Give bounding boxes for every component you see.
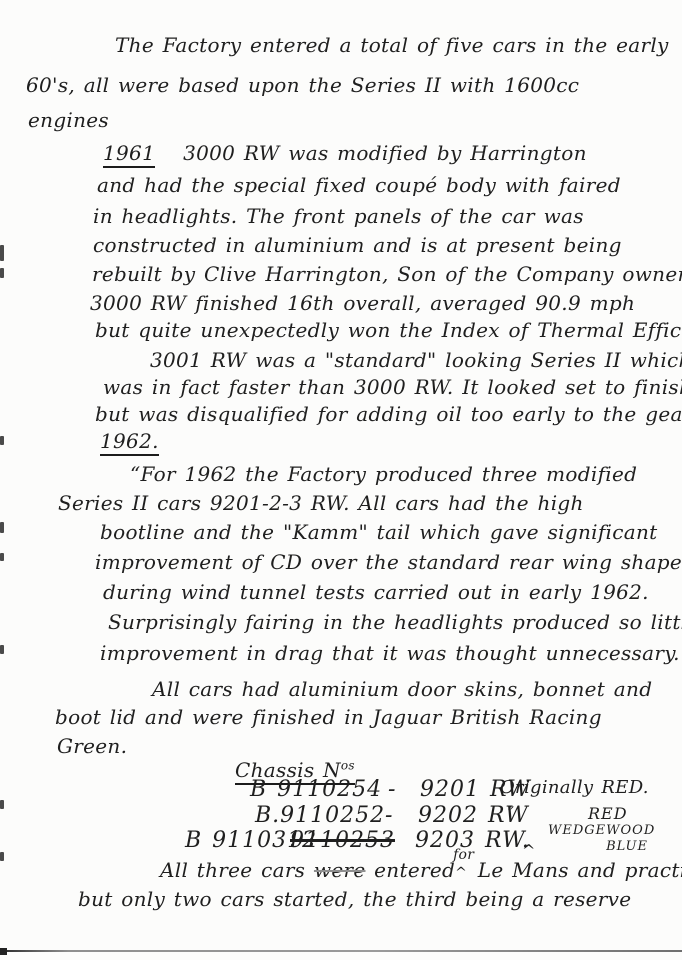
scan-edge-line [0, 950, 682, 952]
line-1961-5: rebuilt by Clive Harrington, Son of the … [92, 261, 682, 287]
line-intro-2: 60's, all were based upon the Series II … [26, 72, 579, 98]
lemans-struck-word: were [314, 858, 366, 882]
line-lemans: All three cars were enteredfor^ Le Mans … [160, 857, 682, 886]
year-1962-label: 1962. [100, 429, 159, 456]
chassis-row1-number: B 9110254 [250, 777, 382, 803]
line-1962-1: “For 1962 the Factory produced three mod… [130, 461, 637, 487]
scan-artifact [0, 268, 4, 278]
line-intro-3: engines [28, 107, 109, 133]
scan-artifact [0, 645, 4, 654]
line-1962-6: Surprisingly fairing in the headlights p… [108, 609, 682, 635]
line-alloy-2: boot lid and were finished in Jaguar Bri… [55, 704, 602, 730]
line-3001-2: was in fact faster than 3000 RW. It look… [103, 374, 682, 400]
chassis-row3-dash: - [383, 828, 391, 854]
chassis-row3-struck-number: 9110253 [290, 828, 395, 854]
line-alloy-1: All cars had aluminium door skins, bonne… [152, 676, 652, 702]
chassis-row1-dash: - [388, 777, 396, 803]
line-1962-heading: 1962. [100, 428, 159, 454]
scan-artifact [0, 553, 4, 561]
line-alloy-3: Green. [57, 733, 127, 759]
scan-artifact [0, 436, 4, 445]
chassis-heading-sup: os [341, 758, 355, 772]
chassis-row1-note: Originally RED. [500, 775, 649, 801]
scan-artifact [0, 852, 4, 861]
line-3001-1: 3001 RW was a "standard" looking Series … [150, 347, 682, 373]
line-reserve: but only two cars started, the third bei… [78, 886, 631, 912]
line-3001-3: but was disqualified for adding oil too … [95, 401, 682, 427]
lemans-post: Le Mans and practiced [478, 858, 682, 882]
lemans-mid: entered [374, 858, 455, 882]
chassis-row2-ditto: ″ [508, 800, 514, 826]
line-1962-4: improvement of CD over the standard rear… [95, 549, 682, 575]
line-1961-heading: 19613000 RW was modified by Harrington [103, 140, 587, 166]
line-1961-text: 3000 RW was modified by Harrington [183, 141, 587, 165]
line-1962-5: during wind tunnel tests carried out in … [103, 579, 649, 605]
line-1961-3: in headlights. The front panels of the c… [93, 203, 584, 229]
insertion-mark: for^ [455, 857, 469, 886]
line-1961-6: 3000 RW finished 16th overall, averaged … [90, 290, 635, 316]
line-1962-2: Series II cars 9201-2-3 RW. All cars had… [58, 490, 584, 516]
scan-artifact [0, 245, 4, 261]
handwritten-page: The Factory entered a total of five cars… [0, 0, 682, 960]
line-1961-7: but quite unexpectedly won the Index of … [95, 317, 682, 343]
line-1962-7: improvement in drag that it was thought … [100, 640, 680, 666]
line-1961-2: and had the special fixed coupé body wit… [97, 172, 621, 198]
line-intro-1: The Factory entered a total of five cars… [115, 32, 669, 58]
chassis-row3-note: WEDGEWOOD BLUE [548, 823, 648, 855]
chassis-row2-dash: - [385, 803, 393, 829]
scan-edge-dot [0, 948, 7, 955]
scan-artifact [0, 800, 4, 809]
line-1962-3: bootline and the "Kamm" tail which gave … [100, 519, 657, 545]
year-1961-label: 1961 [103, 141, 155, 168]
scan-artifact [0, 522, 4, 533]
lemans-pre: All three cars [160, 858, 305, 882]
line-1961-4: constructed in aluminium and is at prese… [93, 232, 622, 258]
chassis-row2-number: B.9110252 [255, 803, 385, 829]
inserted-word: for [453, 842, 474, 868]
